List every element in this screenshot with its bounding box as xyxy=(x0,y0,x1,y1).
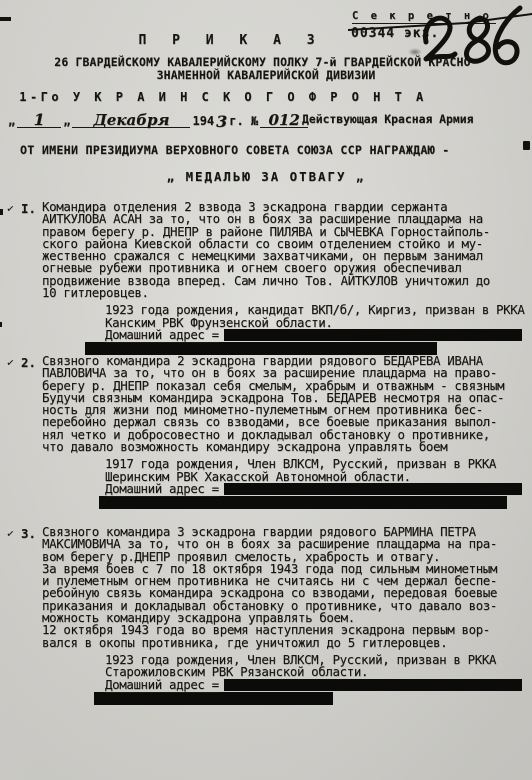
item-citation-text: Связного командира 3 эскадрона гвардии р… xyxy=(42,526,526,649)
year-suffix: г. № xyxy=(227,114,260,128)
award-item-3: ✓ 3. Связного командира 3 эскадрона гвар… xyxy=(0,526,532,705)
header-line-1: 26 ГВАРДЕЙСКОМУ КАВАЛЕРИЙСКОМУ ПОЛКУ 7-й… xyxy=(14,55,518,69)
medal-line: „ МЕДАЛЬЮ ЗА ОТВАГУ „ xyxy=(0,169,532,184)
redaction-bar xyxy=(94,692,333,705)
scan-artifact xyxy=(523,141,530,150)
item-number: 3. xyxy=(21,526,36,541)
item-bio-text: 1917 года рождения, Член ВЛКСМ, Русский,… xyxy=(105,458,526,483)
scan-artifact xyxy=(0,17,11,21)
scan-artifact xyxy=(0,322,2,327)
item-citation-text: Командира отделения 2 взвода 3 эскадрона… xyxy=(42,201,526,299)
address-label: Домашний адрес = xyxy=(105,327,219,343)
scan-artifact xyxy=(0,209,3,215)
item-bio-text: 1923 года рождения, Член ВЛКСМ, Русский,… xyxy=(105,654,526,679)
check-mark-icon: ✓ xyxy=(6,202,14,216)
document-page: С е к р е т н о 00344 экз. П Р И К А З 2… xyxy=(0,0,532,780)
handwritten-order-number: 012 xyxy=(260,113,308,128)
award-item-1: ✓ I. Командира отделения 2 взвода 3 эска… xyxy=(0,201,532,355)
address-label: Домашний адрес = xyxy=(105,481,219,497)
home-address-line: Домашний адрес = xyxy=(105,329,522,342)
redaction-bar xyxy=(224,483,522,495)
army-label: Действующая Красная Армия xyxy=(302,112,473,126)
award-preamble: ОТ ИМЕНИ ПРЕЗИДИУМА ВЕРХОВНОГО СОВЕТА СО… xyxy=(20,143,510,157)
handwritten-year-digit: 3 xyxy=(216,115,227,128)
item-number: I. xyxy=(21,201,36,216)
handwritten-month: Декабря xyxy=(72,113,190,128)
address-label: Домашний адрес = xyxy=(105,677,219,693)
document-title: П Р И К А З xyxy=(0,33,462,48)
open-quote: „ xyxy=(6,114,17,128)
item-citation-text: Связного командира 2 эскадрона гвардии р… xyxy=(42,355,526,453)
check-mark-icon: ✓ xyxy=(6,527,14,541)
item-number: 2. xyxy=(21,355,36,370)
redaction-bar xyxy=(99,496,507,509)
handwritten-day: 1 xyxy=(17,113,61,128)
year-typed: 194 xyxy=(190,114,216,128)
close-quote: „ xyxy=(61,114,72,128)
check-mark-icon: ✓ xyxy=(6,356,14,370)
redaction-bar xyxy=(224,329,522,341)
home-address-line: Домашний адрес = xyxy=(105,483,522,496)
header-line-2: ЗНАМЕННОЙ КАВАЛЕРИЙСКОЙ ДИВИЗИИ xyxy=(14,68,518,82)
redaction-bar xyxy=(224,679,522,691)
front-line: 1-Го У К Р А И Н С К О Г О Ф Р О Н Т А xyxy=(0,90,446,104)
item-bio-text: 1923 года рождения, кандидат ВКП/б/, Кир… xyxy=(105,304,526,329)
award-item-2: ✓ 2. Связного командира 2 эскадрона гвар… xyxy=(0,355,532,509)
home-address-line: Домашний адрес = xyxy=(105,679,522,692)
date-line: „ 1 „ Декабря 194 3 г. № 012 xyxy=(6,108,308,128)
